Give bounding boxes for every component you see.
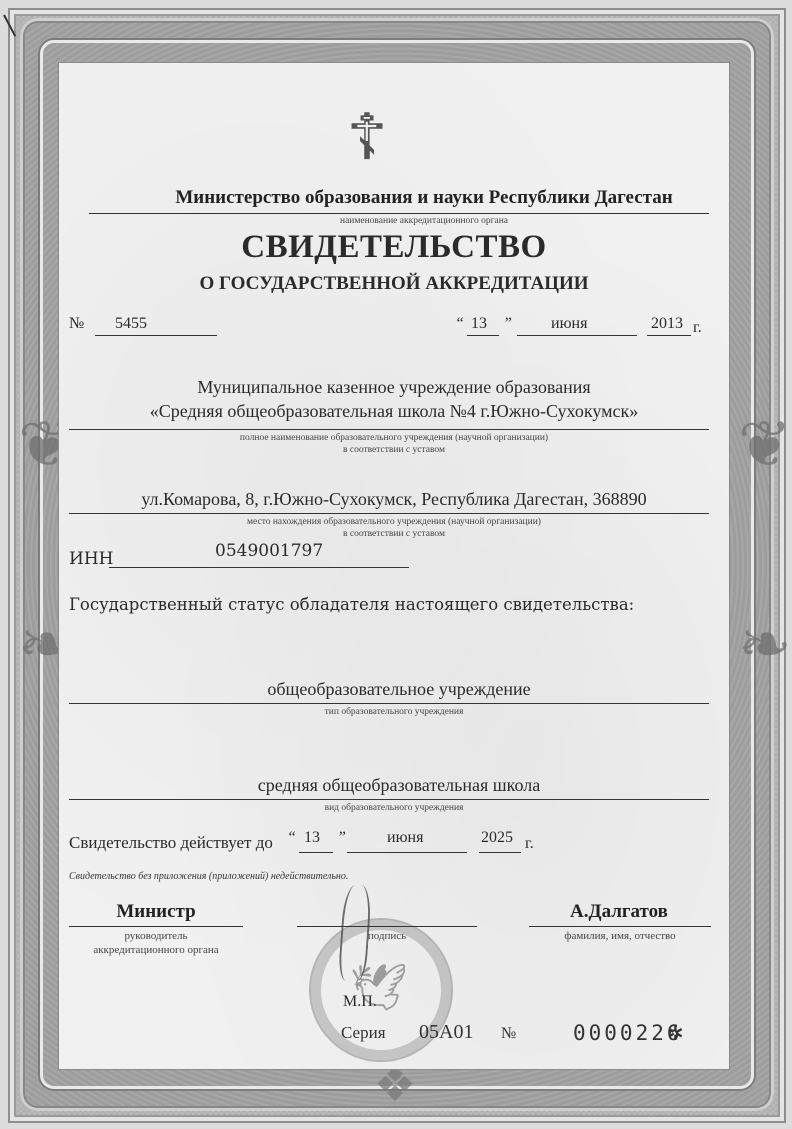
certificate-subtitle: О ГОСУДАРСТВЕННОЙ АККРЕДИТАЦИИ: [59, 273, 729, 295]
valid-year-rule: [479, 852, 521, 853]
institution-name-caption-2: в соответствии с уставом: [59, 444, 729, 456]
validity-note: Свидетельство без приложения (приложений…: [69, 871, 348, 882]
valid-month: июня: [387, 829, 423, 847]
signature-caption: подпись: [297, 929, 477, 943]
position-caption-2: аккредитационного органа: [69, 943, 243, 957]
inn-label: ИНН: [69, 549, 113, 569]
acanthus-ornament-icon: ❦: [18, 380, 56, 510]
stamp-label: М.П.: [343, 993, 377, 1011]
address-caption-1: место нахождения образовательного учрежд…: [59, 516, 729, 528]
serial-mark-icon: ✲: [667, 1021, 684, 1046]
signature-rule: [297, 926, 477, 927]
institution-address: ул.Комарова, 8, г.Южно-Сухокумск, Респуб…: [59, 489, 729, 510]
institution-name-line2: «Средняя общеобразовательная школа №4 г.…: [59, 401, 729, 422]
signatory-name: А.Далгатов: [529, 901, 709, 923]
issue-year-suffix: г.: [693, 319, 702, 337]
coat-of-arms-icon: ☦: [327, 93, 407, 183]
valid-until-label: Свидетельство действует до: [69, 833, 273, 853]
valid-quote-open: “: [287, 829, 296, 847]
valid-day: 13: [304, 829, 320, 847]
institution-kind: средняя общеобразовательная школа: [59, 775, 729, 796]
accrediting-body-caption: наименование аккредитационного органа: [59, 215, 729, 227]
institution-name-rule: [69, 429, 709, 430]
valid-year: 2025: [481, 829, 513, 847]
date-quote-open: “: [455, 315, 464, 333]
certificate-number: 5455: [115, 315, 147, 333]
number-label: №: [69, 315, 84, 333]
institution-kind-rule: [69, 799, 709, 800]
address-caption-2: в соответствии с уставом: [59, 528, 729, 540]
status-heading: Государственный статус обладателя настоя…: [69, 595, 634, 614]
accrediting-body-rule: [89, 213, 709, 214]
inn-value: 0549001797: [215, 541, 323, 561]
issue-day-rule: [467, 335, 499, 336]
valid-month-rule: [347, 852, 467, 853]
series-label: Серия: [341, 1023, 386, 1043]
institution-type: общеобразовательное учреждение: [59, 679, 729, 700]
address-rule: [69, 513, 709, 514]
acanthus-ornament-icon: ❧: [18, 580, 56, 710]
issue-day: 13: [471, 315, 487, 333]
issue-year-rule: [647, 335, 691, 336]
date-quote-close: ”: [503, 315, 512, 333]
number-rule: [95, 335, 217, 336]
name-caption: фамилия, имя, отчество: [529, 929, 711, 943]
inn-rule: [109, 567, 409, 568]
certificate-page: ☦ Министерство образования и науки Респу…: [58, 62, 730, 1070]
acanthus-ornament-icon: ❧: [738, 580, 776, 710]
signatory-position: Министр: [69, 901, 243, 923]
institution-type-rule: [69, 703, 709, 704]
accrediting-body: Министерство образования и науки Республ…: [59, 187, 729, 209]
institution-name-line1: Муниципальное казенное учреждение образо…: [59, 377, 729, 398]
issue-year: 2013: [651, 315, 683, 333]
valid-day-rule: [299, 852, 333, 853]
position-rule: [69, 926, 243, 927]
series-value: 05А01: [419, 1021, 473, 1044]
serial-number-label: №: [501, 1025, 516, 1043]
issue-month: июня: [551, 315, 587, 333]
institution-kind-caption: вид образовательного учреждения: [59, 802, 729, 814]
acanthus-ornament-icon: ❦: [738, 380, 776, 510]
institution-type-caption: тип образовательного учреждения: [59, 706, 729, 718]
institution-name-caption-1: полное наименование образовательного учр…: [59, 432, 729, 444]
valid-year-suffix: г.: [525, 835, 534, 853]
name-rule: [529, 926, 711, 927]
certificate-title: СВИДЕТЕЛЬСТВО: [59, 229, 729, 266]
position-caption-1: руководитель: [69, 929, 243, 943]
valid-quote-close: ”: [337, 829, 346, 847]
issue-month-rule: [517, 335, 637, 336]
